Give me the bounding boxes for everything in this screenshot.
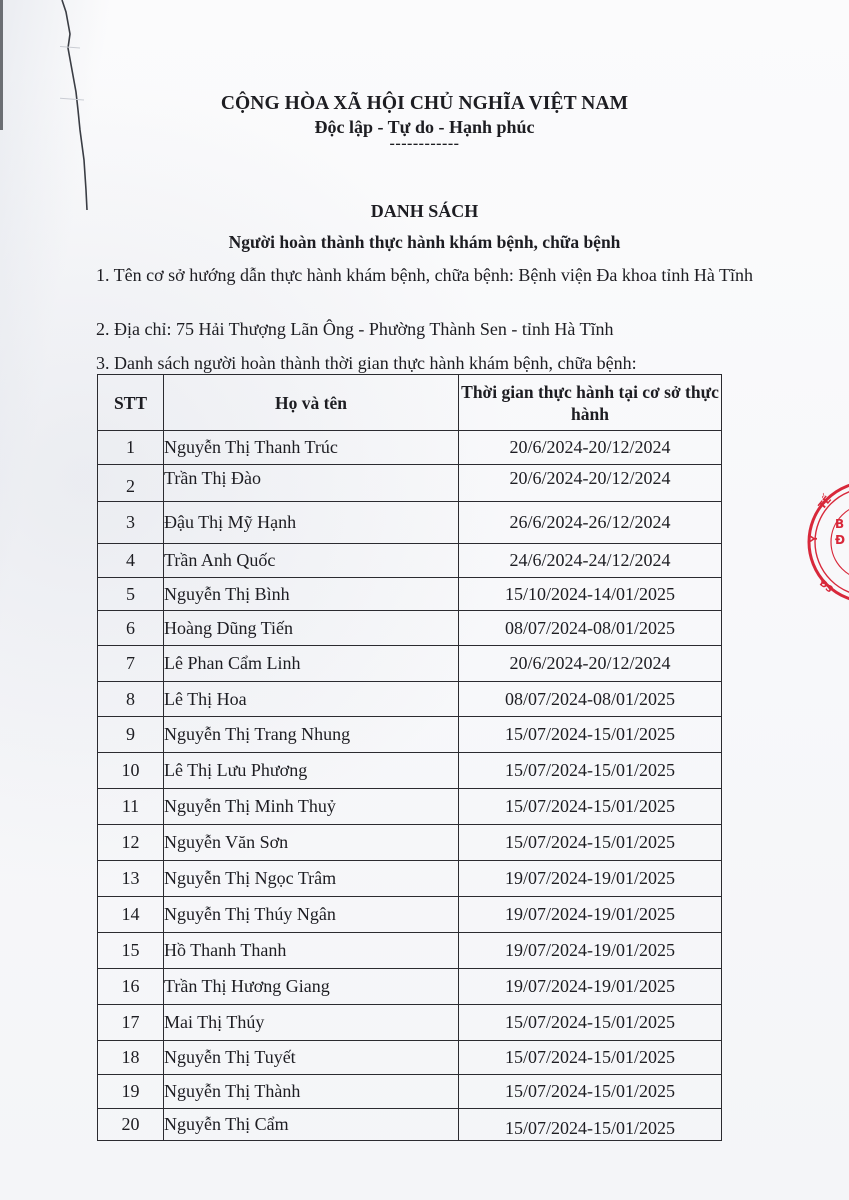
practice-period: 08/07/2024-08/01/2025 [459,682,722,717]
table-row: 8Lê Thị Hoa08/07/2024-08/01/2025 [98,682,722,717]
table-row: 11Nguyễn Thị Minh Thuỷ15/07/2024-15/01/2… [98,789,722,825]
practice-period: 19/07/2024-19/01/2025 [459,861,722,897]
row-number: 7 [98,646,164,682]
practice-period: 15/10/2024-14/01/2025 [459,578,722,611]
row-number: 2 [98,465,164,502]
person-name: Hồ Thanh Thanh [164,933,459,969]
practice-period: 26/6/2024-26/12/2024 [459,502,722,544]
person-name: Nguyễn Thị Ngọc Trâm [164,861,459,897]
person-name: Trần Thị Đào [164,465,459,502]
person-name: Đậu Thị Mỹ Hạnh [164,502,459,544]
table-row: 18Nguyễn Thị Tuyết15/07/2024-15/01/2025 [98,1041,722,1075]
practice-period: 19/07/2024-19/01/2025 [459,933,722,969]
practice-period: 15/07/2024-15/01/2025 [459,1005,722,1041]
row-number: 1 [98,431,164,465]
table-row: 16Trần Thị Hương Giang19/07/2024-19/01/2… [98,969,722,1005]
table-row: 12Nguyễn Văn Sơn15/07/2024-15/01/2025 [98,825,722,861]
person-name: Nguyễn Thị Minh Thuỷ [164,789,459,825]
row-number: 18 [98,1041,164,1075]
table-row: 15Hồ Thanh Thanh19/07/2024-19/01/2025 [98,933,722,969]
table-row: 4Trần Anh Quốc24/6/2024-24/12/2024 [98,544,722,578]
table-row: 7Lê Phan Cẩm Linh20/6/2024-20/12/2024 [98,646,722,682]
person-name: Trần Anh Quốc [164,544,459,578]
svg-text:B: B [835,517,844,531]
table-row: 5Nguyễn Thị Bình15/10/2024-14/01/2025 [98,578,722,611]
table-row: 9Nguyễn Thị Trang Nhung15/07/2024-15/01/… [98,717,722,753]
row-number: 19 [98,1075,164,1109]
person-name: Lê Thị Lưu Phương [164,753,459,789]
row-number: 4 [98,544,164,578]
column-header-period: Thời gian thực hành tại cơ sở thực hành [459,375,722,431]
row-number: 5 [98,578,164,611]
person-name: Nguyễn Thị Thúy Ngân [164,897,459,933]
person-name: Lê Thị Hoa [164,682,459,717]
list-intro-paragraph: 3. Danh sách người hoàn thành thời gian … [96,352,637,374]
red-seal-stamp: Y TẾ B Đ ĐS [805,478,849,608]
row-number: 3 [98,502,164,544]
facility-paragraph: 1. Tên cơ sở hướng dẫn thực hành khám bệ… [96,264,776,286]
svg-text:Y: Y [810,535,820,543]
row-number: 11 [98,789,164,825]
person-name: Nguyễn Thị Tuyết [164,1041,459,1075]
person-name: Hoàng Dũng Tiến [164,611,459,646]
practice-period: 19/07/2024-19/01/2025 [459,897,722,933]
row-number: 8 [98,682,164,717]
person-name: Nguyễn Thị Bình [164,578,459,611]
person-name: Nguyễn Thị Thanh Trúc [164,431,459,465]
table-header-row: STT Họ và tên Thời gian thực hành tại cơ… [98,375,722,431]
table-row: 20Nguyễn Thị Cẩm15/07/2024-15/01/2025 [98,1109,722,1141]
table-row: 6Hoàng Dũng Tiến08/07/2024-08/01/2025 [98,611,722,646]
practice-period: 20/6/2024-20/12/2024 [459,465,722,502]
person-name: Mai Thị Thúy [164,1005,459,1041]
practitioner-table: STT Họ và tên Thời gian thực hành tại cơ… [97,374,722,1141]
row-number: 13 [98,861,164,897]
row-number: 15 [98,933,164,969]
document-subtitle: Người hoàn thành thực hành khám bệnh, ch… [0,232,849,253]
table-row: 13Nguyễn Thị Ngọc Trâm19/07/2024-19/01/2… [98,861,722,897]
practice-period: 15/07/2024-15/01/2025 [459,1109,722,1141]
person-name: Nguyễn Thị Trang Nhung [164,717,459,753]
person-name: Trần Thị Hương Giang [164,969,459,1005]
table-row: 10Lê Thị Lưu Phương15/07/2024-15/01/2025 [98,753,722,789]
row-number: 16 [98,969,164,1005]
table-row: 17Mai Thị Thúy15/07/2024-15/01/2025 [98,1005,722,1041]
practice-period: 19/07/2024-19/01/2025 [459,969,722,1005]
national-heading: CỘNG HÒA XÃ HỘI CHỦ NGHĨA VIỆT NAM [0,93,849,115]
practice-period: 08/07/2024-08/01/2025 [459,611,722,646]
table-row: 3Đậu Thị Mỹ Hạnh26/6/2024-26/12/2024 [98,502,722,544]
column-header-stt: STT [98,375,164,431]
practice-period: 20/6/2024-20/12/2024 [459,646,722,682]
row-number: 20 [98,1109,164,1141]
header-separator: ------------ [0,135,849,153]
column-header-name: Họ và tên [164,375,459,431]
row-number: 14 [98,897,164,933]
table-row: 1Nguyễn Thị Thanh Trúc20/6/2024-20/12/20… [98,431,722,465]
practice-period: 20/6/2024-20/12/2024 [459,431,722,465]
practice-period: 15/07/2024-15/01/2025 [459,825,722,861]
row-number: 17 [98,1005,164,1041]
row-number: 12 [98,825,164,861]
person-name: Nguyễn Thị Thành [164,1075,459,1109]
person-name: Nguyễn Văn Sơn [164,825,459,861]
row-number: 6 [98,611,164,646]
practice-period: 15/07/2024-15/01/2025 [459,1041,722,1075]
practice-period: 24/6/2024-24/12/2024 [459,544,722,578]
practice-period: 15/07/2024-15/01/2025 [459,753,722,789]
document-title: DANH SÁCH [0,201,849,222]
practice-period: 15/07/2024-15/01/2025 [459,789,722,825]
table-row: 2Trần Thị Đào20/6/2024-20/12/2024 [98,465,722,502]
svg-text:Đ: Đ [835,533,845,547]
table-row: 14Nguyễn Thị Thúy Ngân19/07/2024-19/01/2… [98,897,722,933]
practice-period: 15/07/2024-15/01/2025 [459,1075,722,1109]
row-number: 9 [98,717,164,753]
person-name: Nguyễn Thị Cẩm [164,1109,459,1141]
table-row: 19Nguyễn Thị Thành15/07/2024-15/01/2025 [98,1075,722,1109]
address-paragraph: 2. Địa chỉ: 75 Hải Thượng Lãn Ông - Phườ… [96,318,614,340]
practice-period: 15/07/2024-15/01/2025 [459,717,722,753]
row-number: 10 [98,753,164,789]
person-name: Lê Phan Cẩm Linh [164,646,459,682]
